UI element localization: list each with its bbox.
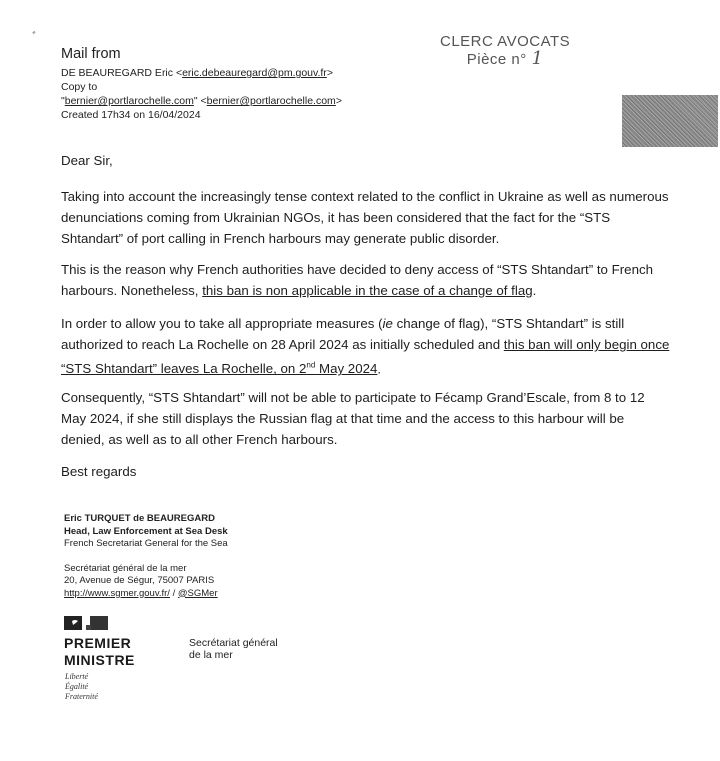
cc-name: "bernier@portlarochelle.com" — [61, 95, 198, 107]
paragraph-1: Taking into account the increasingly ten… — [61, 186, 671, 249]
copy-to-label: Copy to — [61, 80, 97, 95]
website-link[interactable]: http://www.sgmer.gouv.fr/ — [64, 588, 170, 599]
mail-from-label: Mail from — [61, 46, 121, 62]
address-line-1: Secrétariat général de la mer — [64, 563, 228, 576]
paragraph-2: This is the reason why French authoritie… — [61, 259, 671, 301]
salutation: Dear Sir, — [61, 150, 671, 171]
republic-motto: Liberté Égalité Fraternité — [65, 672, 98, 702]
address-line-2: 20, Avenue de Ségur, 75007 PARIS — [64, 575, 228, 588]
cc-email-link[interactable]: bernier@portlarochelle.com — [207, 95, 336, 107]
stamp-piece: Pièce n° 1 — [440, 50, 570, 68]
underlined-flag-exception: this ban is non applicable in the case o… — [202, 283, 532, 298]
paragraph-3: In order to allow you to take all approp… — [61, 313, 671, 379]
created-date: Created 17h34 on 16/04/2024 — [61, 108, 201, 123]
cc-name-link[interactable]: bernier@portlarochelle.com — [65, 95, 194, 107]
signatory-title: Head, Law Enforcement at Sea Desk — [64, 526, 228, 537]
department-name: Secrétariat général de la mer — [189, 637, 278, 661]
premier-ministre-wordmark: PREMIER MINISTRE — [64, 635, 135, 669]
stamp-firm: CLERC AVOCATS — [440, 33, 570, 50]
signature-block: Eric TURQUET de BEAUREGARD Head, Law Enf… — [64, 513, 228, 600]
cc-line: "bernier@portlarochelle.com" <bernier@po… — [61, 94, 342, 109]
paragraph-4: Consequently, “STS Shtandart” will not b… — [61, 387, 671, 450]
closing: Best regards — [61, 461, 671, 482]
twitter-link[interactable]: @SGMer — [178, 588, 218, 599]
sender-email-link[interactable]: eric.debeauregard@pm.gouv.fr — [182, 67, 327, 79]
scan-mark: ﾞ — [32, 28, 38, 45]
signatory-org: French Secretariat General for the Sea — [64, 538, 228, 551]
signatory-name: Eric TURQUET de BEAUREGARD — [64, 513, 215, 524]
sender-name: DE BEAUREGARD Eric — [61, 67, 173, 79]
stamp-number: 1 — [531, 48, 543, 69]
redacted-area — [622, 95, 718, 147]
lawyer-stamp: CLERC AVOCATS Pièce n° 1 — [440, 33, 570, 68]
sender-line: DE BEAUREGARD Eric <eric.debeauregard@pm… — [61, 66, 333, 81]
marianne-logo-icon — [64, 616, 108, 630]
